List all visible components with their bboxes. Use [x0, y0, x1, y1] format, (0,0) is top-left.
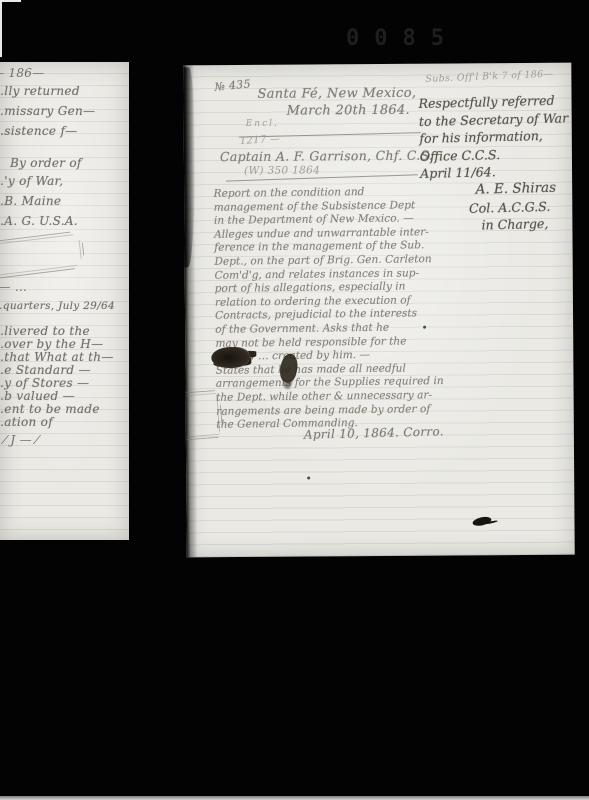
film-edge-sliver — [0, 0, 2, 57]
photographed-document: 0085 — 186— …lly returned …missary Gen— … — [0, 0, 589, 800]
left-fragment: …lly returned — [0, 84, 80, 98]
left-fragment: …missary Gen— — [0, 104, 95, 118]
film-edge-sliver-top — [0, 0, 21, 2]
main-letter-page: № 435 Santa Fé, New Mexico, March 20th 1… — [183, 63, 574, 558]
left-fragment: — 186— — [0, 66, 45, 80]
left-fragment: …'y of War, — [0, 174, 63, 188]
paper-speck — [423, 326, 426, 329]
left-fragment: …A. G. U.S.A. — [0, 214, 78, 228]
endorsement-pencil-ref: Subs. Off'l B'k 7 of 186— — [425, 69, 553, 85]
archive-number-stamp: 0085 — [346, 26, 459, 51]
docket-date: April 10, 1864. Corro. — [304, 424, 444, 441]
addressee-line: Captain A. F. Garrison, Chf. C.S. — [220, 148, 433, 164]
left-fragment: …livered to the — [0, 324, 90, 338]
paper-speck — [307, 476, 310, 479]
left-fragment: …ent to be made — [0, 402, 100, 416]
pencil-note-encl: Encl. — [246, 119, 279, 129]
doc-number: № 435 — [214, 77, 251, 93]
left-fragment: …B. Maine — [0, 194, 61, 208]
left-fragment: …that What at th— — [0, 350, 114, 364]
signature-role: in Charge, — [421, 215, 571, 236]
left-fragment: …sistence f— — [0, 124, 78, 138]
ink-blot-icon — [211, 347, 249, 368]
left-fragment: ⁄ J — ⁄ — [4, 433, 38, 447]
pencil-note-number: 1217 — — [240, 134, 281, 147]
dateline-date: March 20th 1864. — [287, 103, 410, 119]
left-partial-page: — 186— …lly returned …missary Gen— …sist… — [0, 62, 129, 540]
left-fragment: ⁄ — … — [0, 280, 27, 294]
octagon-stamp-outline-icon — [0, 230, 86, 280]
left-fragment: By order of — [10, 156, 82, 170]
ink-mark-icon — [472, 515, 492, 527]
left-fragment: …over by the H— — [0, 337, 103, 351]
endorsement-block: Respectfully referred to the Secretary o… — [418, 91, 571, 235]
film-bottom-strip — [0, 796, 589, 800]
dateline-place: Santa Fé, New Mexico, — [257, 86, 416, 102]
left-fragment: …b valued — — [0, 389, 75, 403]
left-fragment: …quarters, July 29/64 — [0, 300, 115, 312]
left-fragment: …y of Stores — — [0, 376, 89, 390]
left-fragment: …ation of — [0, 415, 53, 429]
left-fragment: …e Standard — — [0, 363, 91, 377]
file-reference: (W) 350 1864 — [244, 164, 320, 177]
octagon-stamp-outline-icon — [183, 390, 223, 441]
